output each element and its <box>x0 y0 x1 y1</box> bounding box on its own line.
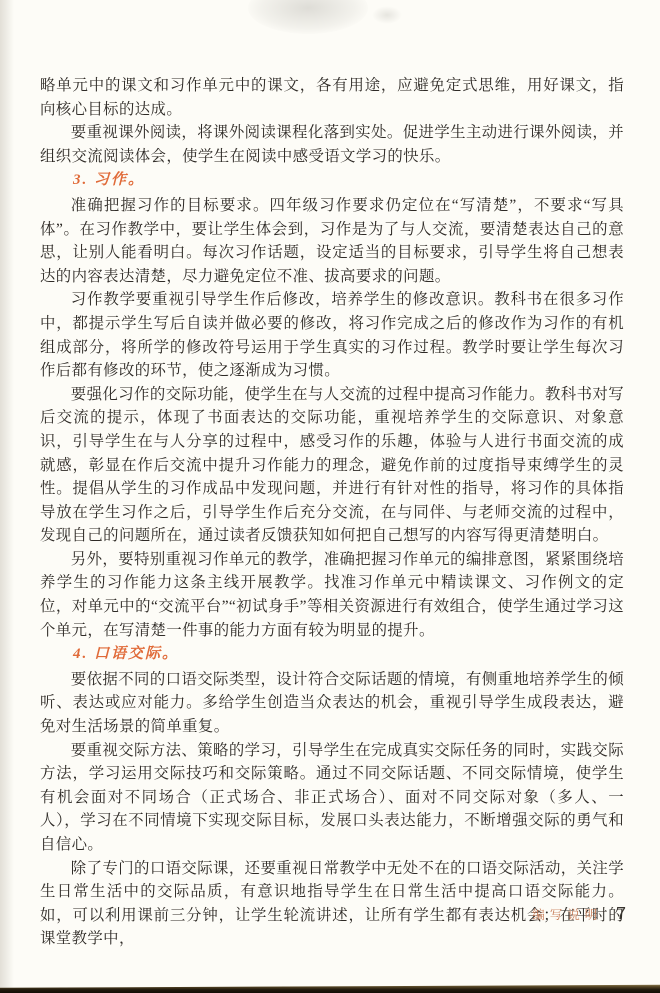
paragraph: 要强化习作的交际功能，使学生在与人交流的过程中提高习作能力。教科书对写后交流的提… <box>40 383 624 548</box>
paragraph: 另外，要特别重视习作单元的教学，准确把握习作单元的编排意图，紧紧围绕培养学生的习… <box>40 548 624 642</box>
page-footer: 编写说明 7 <box>532 903 626 924</box>
paragraph: 习作教学要重视引导学生作后修改，培养学生的修改意识。教科书在很多习作中，都提示学… <box>40 288 624 382</box>
scan-left-edge <box>0 0 14 993</box>
paragraph: 要依据不同的口语交际类型，设计符合交际话题的情境，有侧重地培养学生的倾听、表达或… <box>40 668 624 739</box>
scan-bottom-edge <box>0 983 660 993</box>
section-heading-kouyu-jiaoji: 4. 口语交际。 <box>40 643 624 667</box>
paragraph: 准确把握习作的目标要求。四年级习作要求仍定位在“写清楚”，不要求“写具体”。在习… <box>40 194 624 288</box>
footer-section-label: 编写说明 <box>532 905 602 923</box>
page-content: 略单元中的课文和习作单元中的课文，各有用途，应避免定式思维，用好课文，指向核心目… <box>40 74 624 951</box>
book-page: 略单元中的课文和习作单元中的课文，各有用途，应避免定式思维，用好课文，指向核心目… <box>0 0 660 993</box>
section-heading-xizuo: 3. 习作。 <box>40 169 624 193</box>
paragraph: 要重视课外阅读，将课外阅读课程化落到实处。促进学生主动进行课外阅读，并组织交流阅… <box>40 121 624 168</box>
paragraph: 要重视交际方法、策略的学习，引导学生在完成真实交际任务的同时，实践交际方法，学习… <box>40 739 624 857</box>
scan-smudge-artifact <box>372 6 402 24</box>
paragraph-continued: 略单元中的课文和习作单元中的课文，各有用途，应避免定式思维，用好课文，指向核心目… <box>40 74 624 121</box>
scan-shadow-artifact <box>248 0 368 34</box>
page-number: 7 <box>616 903 626 924</box>
